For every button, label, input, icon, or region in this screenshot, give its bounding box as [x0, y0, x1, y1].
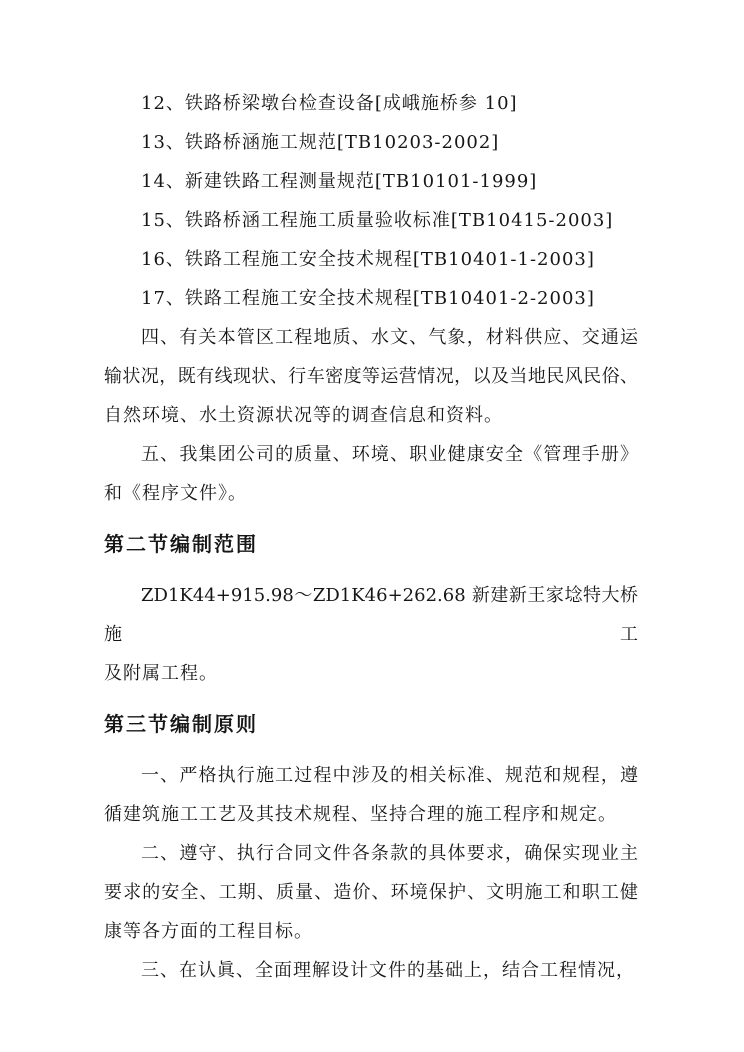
paragraph-five-line-1: 五、我集团公司的质量、环境、职业健康安全《管理手册》	[104, 435, 638, 474]
principle-2-line-2: 要求的安全、工期、质量、造价、环境保护、文明施工和职工健	[104, 873, 638, 912]
document-page: 12、铁路桥梁墩台检查设备[成峨施桥参 10] 13、铁路桥涵施工规范[TB10…	[0, 0, 744, 1052]
reference-item-17: 17、铁路工程施工安全技术规程[TB10401-2-2003]	[104, 279, 638, 318]
principle-2-line-3: 康等各方面的工程目标。	[104, 912, 638, 951]
principle-1-line-1: 一、严格执行施工过程中涉及的相关标准、规范和规程，遵	[104, 756, 638, 795]
principle-2-line-1: 二、遵守、执行合同文件各条款的具体要求，确保实现业主	[104, 834, 638, 873]
reference-item-16: 16、铁路工程施工安全技术规程[TB10401-1-2003]	[104, 240, 638, 279]
reference-item-13: 13、铁路桥涵施工规范[TB10203-2002]	[104, 123, 638, 162]
paragraph-five-line-2: 和《程序文件》。	[104, 474, 638, 513]
section-2-heading: 第二节编制范围	[104, 525, 638, 564]
paragraph-four-line-1: 四、有关本管区工程地质、水文、气象，材料供应、交通运	[104, 318, 638, 357]
principle-1-line-2: 循建筑施工工艺及其技术规程、坚持合理的施工程序和规定。	[104, 795, 638, 834]
reference-item-15: 15、铁路桥涵工程施工质量验收标准[TB10415-2003]	[104, 201, 638, 240]
reference-item-14: 14、新建铁路工程测量规范[TB10101-1999]	[104, 162, 638, 201]
paragraph-four-line-2: 输状况，既有线现状、行车密度等运营情况，以及当地民风民俗、	[104, 357, 638, 396]
paragraph-four-line-3: 自然环境、水土资源状况等的调查信息和资料。	[104, 396, 638, 435]
section-2-body-line-2: 及附属工程。	[104, 654, 638, 693]
section-3-heading: 第三节编制原则	[104, 705, 638, 744]
reference-item-12: 12、铁路桥梁墩台检查设备[成峨施桥参 10]	[104, 84, 638, 123]
section-2-body-line-1: ZD1K44+915.98～ZD1K46+262.68 新建新王家埝特大桥施工	[104, 576, 638, 654]
principle-3-line-1: 三、在认眞、全面理解设计文件的基础上，结合工程情况，	[104, 951, 638, 990]
